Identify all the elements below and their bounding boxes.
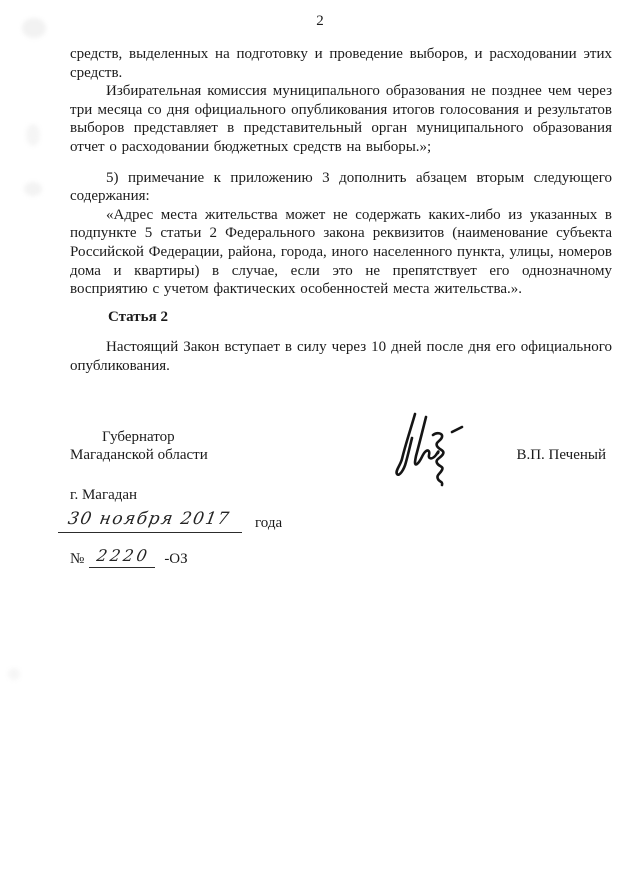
page-number: 2 <box>0 0 640 31</box>
handwritten-number: 2220 <box>96 546 152 565</box>
document-body: средств, выделенных на подготовку и пров… <box>0 45 640 568</box>
signatory-title: Губернатор Магаданской области <box>70 428 208 465</box>
scan-artifact <box>8 668 20 680</box>
number-line: № 2220 -ОЗ <box>70 546 612 568</box>
handwritten-date: 30 ноября 2017 <box>66 508 232 531</box>
signatory-title-line1: Губернатор <box>70 428 208 447</box>
governor-signature-icon <box>392 406 470 494</box>
number-sign: № <box>70 550 84 568</box>
date-line: 30 ноября 2017 года <box>58 508 612 533</box>
signature-block: Губернатор Магаданской области В.П. Пече… <box>70 428 612 465</box>
number-blank-line: 2220 <box>89 546 155 568</box>
date-suffix: года <box>255 514 282 533</box>
number-suffix: -ОЗ <box>164 550 187 568</box>
paragraph-funds-carryover: средств, выделенных на подготовку и пров… <box>70 45 612 82</box>
article-2-heading: Статья 2 <box>70 308 612 327</box>
paragraph-address-note: «Адрес места жительства может не содержа… <box>70 206 612 299</box>
signatory-name: В.П. Печеный <box>516 446 606 465</box>
paragraph-item5-intro: 5) примечание к приложению 3 дополнить а… <box>70 169 612 206</box>
paragraph-entry-into-force: Настоящий Закон вступает в силу через 10… <box>70 338 612 375</box>
signatory-title-line2: Магаданской области <box>70 446 208 465</box>
date-blank-line: 30 ноября 2017 <box>58 508 242 533</box>
place-line: г. Магадан <box>70 486 612 505</box>
scanned-law-page: 2 средств, выделенных на подготовку и пр… <box>0 0 640 896</box>
paragraph-commission-report: Избирательная комиссия муниципального об… <box>70 82 612 156</box>
